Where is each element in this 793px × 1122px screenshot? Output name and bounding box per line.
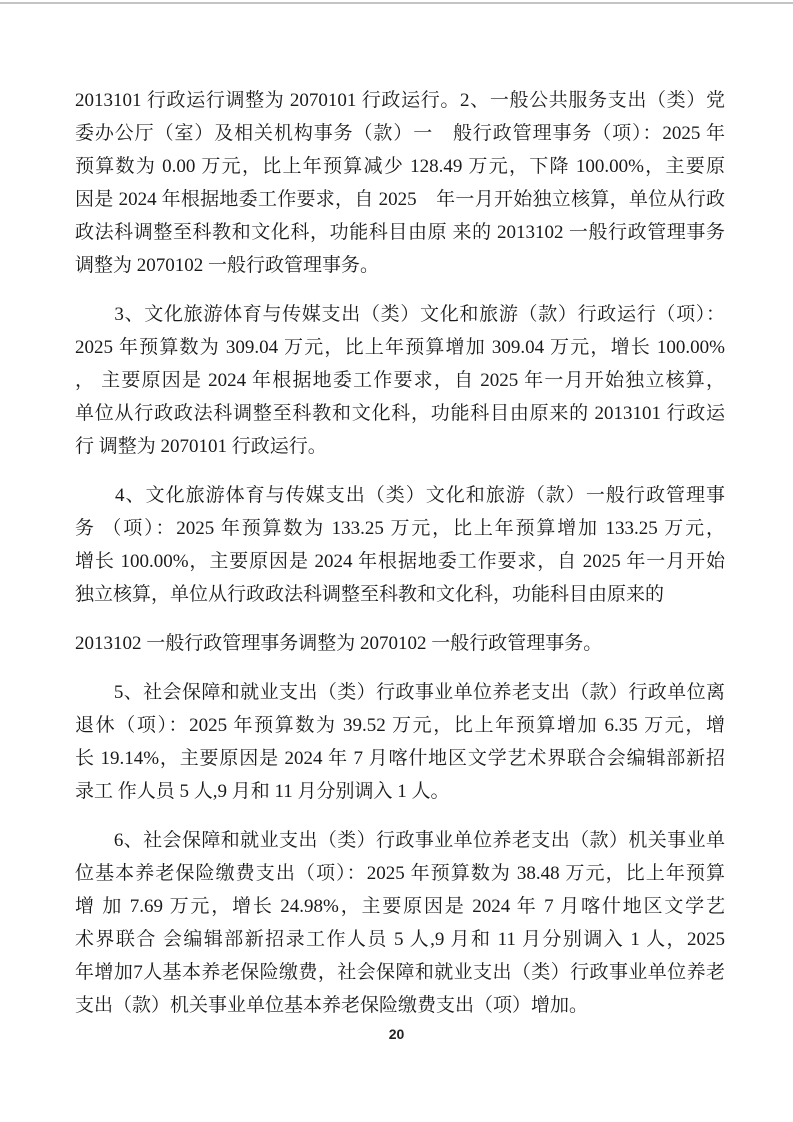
text-line: 位基本养老保险缴费支出（项）：2025 年预算数为 38.48 万元，比上年预算 xyxy=(75,857,725,890)
text-line: 4、文化旅游体育与传媒支出（类）文化和旅游（款）一般行政管理事 xyxy=(75,479,725,512)
page-number: 20 xyxy=(0,1026,793,1042)
text-line: 2013101 行政运行调整为 2070101 行政运行。2、一般公共服务支出（… xyxy=(75,84,725,117)
text-line: 增长 100.00%，主要原因是 2024 年根据地委工作要求，自 2025 年… xyxy=(75,545,725,578)
page-body: 2013101 行政运行调整为 2070101 行政运行。2、一般公共服务支出（… xyxy=(75,84,725,1022)
text-line: 退休（项）：2025 年预算数为 39.52 万元，比上年预算增加 6.35 万… xyxy=(75,709,725,742)
text-line: 支出（款）机关事业单位基本养老保险缴费支出（项）增加。 xyxy=(75,989,725,1022)
text-line: 调整为 2070102 一般行政管理事务。 xyxy=(75,249,725,282)
text-line: 单位从行政政法科调整至科教和文化科，功能科目由原来的 2013101 行政运 xyxy=(75,397,725,430)
paragraph-item-4: 4、文化旅游体育与传媒支出（类）文化和旅游（款）一般行政管理事 务 （项）：20… xyxy=(75,479,725,611)
text-line: 委办公厅（室）及相关机构事务（款）一 般行政管理事务（项）：2025 年 xyxy=(75,117,725,150)
text-line: 3、文化旅游体育与传媒支出（类）文化和旅游（款）行政运行（项）： xyxy=(75,298,725,331)
text-line: 政法科调整至科教和文化科，功能科目由原 来的 2013102 一般行政管理事务 xyxy=(75,216,725,249)
scan-edge-artifact xyxy=(0,2,793,4)
text-line: 6、社会保障和就业支出（类）行政事业单位养老支出（款）机关事业单 xyxy=(75,824,725,857)
paragraph-item-5: 5、社会保障和就业支出（类）行政事业单位养老支出（款）行政单位离 退休（项）：2… xyxy=(75,676,725,808)
text-line: 预算数为 0.00 万元，比上年预算减少 128.49 万元，下降 100.00… xyxy=(75,150,725,183)
text-line: ， 主要原因是 2024 年根据地委工作要求，自 2025 年一月开始独立核算， xyxy=(75,364,725,397)
text-line: 增 加 7.69 万元，增长 24.98%，主要原因是 2024 年 7 月喀什… xyxy=(75,890,725,923)
text-line: 务 （项）：2025 年预算数为 133.25 万元，比上年预算增加 133.2… xyxy=(75,512,725,545)
text-line: 年增加7人基本养老保险缴费，社会保障和就业支出（类）行政事业单位养老 xyxy=(75,956,725,989)
paragraph-continued-item-2: 2013101 行政运行调整为 2070101 行政运行。2、一般公共服务支出（… xyxy=(75,84,725,282)
paragraph-item-3: 3、文化旅游体育与传媒支出（类）文化和旅游（款）行政运行（项）： 2025 年预… xyxy=(75,298,725,463)
text-line: 2013102 一般行政管理事务调整为 2070102 一般行政管理事务。 xyxy=(75,627,725,660)
document-page: 2013101 行政运行调整为 2070101 行政运行。2、一般公共服务支出（… xyxy=(0,0,793,1122)
text-line: 因是 2024 年根据地委工作要求，自 2025 年一月开始独立核算，单位从行政 xyxy=(75,183,725,216)
paragraph-item-4-continued: 2013102 一般行政管理事务调整为 2070102 一般行政管理事务。 xyxy=(75,627,725,660)
text-line: 长 19.14%，主要原因是 2024 年 7 月喀什地区文学艺术界联合会编辑部… xyxy=(75,742,725,775)
text-line: 录工 作人员 5 人,9 月和 11 月分别调入 1 人。 xyxy=(75,775,725,808)
text-line: 行 调整为 2070101 行政运行。 xyxy=(75,430,725,463)
text-line: 5、社会保障和就业支出（类）行政事业单位养老支出（款）行政单位离 xyxy=(75,676,725,709)
text-line: 2025 年预算数为 309.04 万元，比上年预算增加 309.04 万元，增… xyxy=(75,331,725,364)
text-line: 独立核算，单位从行政政法科调整至科教和文化科，功能科目由原来的 xyxy=(75,578,725,611)
paragraph-item-6: 6、社会保障和就业支出（类）行政事业单位养老支出（款）机关事业单 位基本养老保险… xyxy=(75,824,725,1022)
text-line: 术界联合 会编辑部新招录工作人员 5 人,9 月和 11 月分别调入 1 人，2… xyxy=(75,923,725,956)
